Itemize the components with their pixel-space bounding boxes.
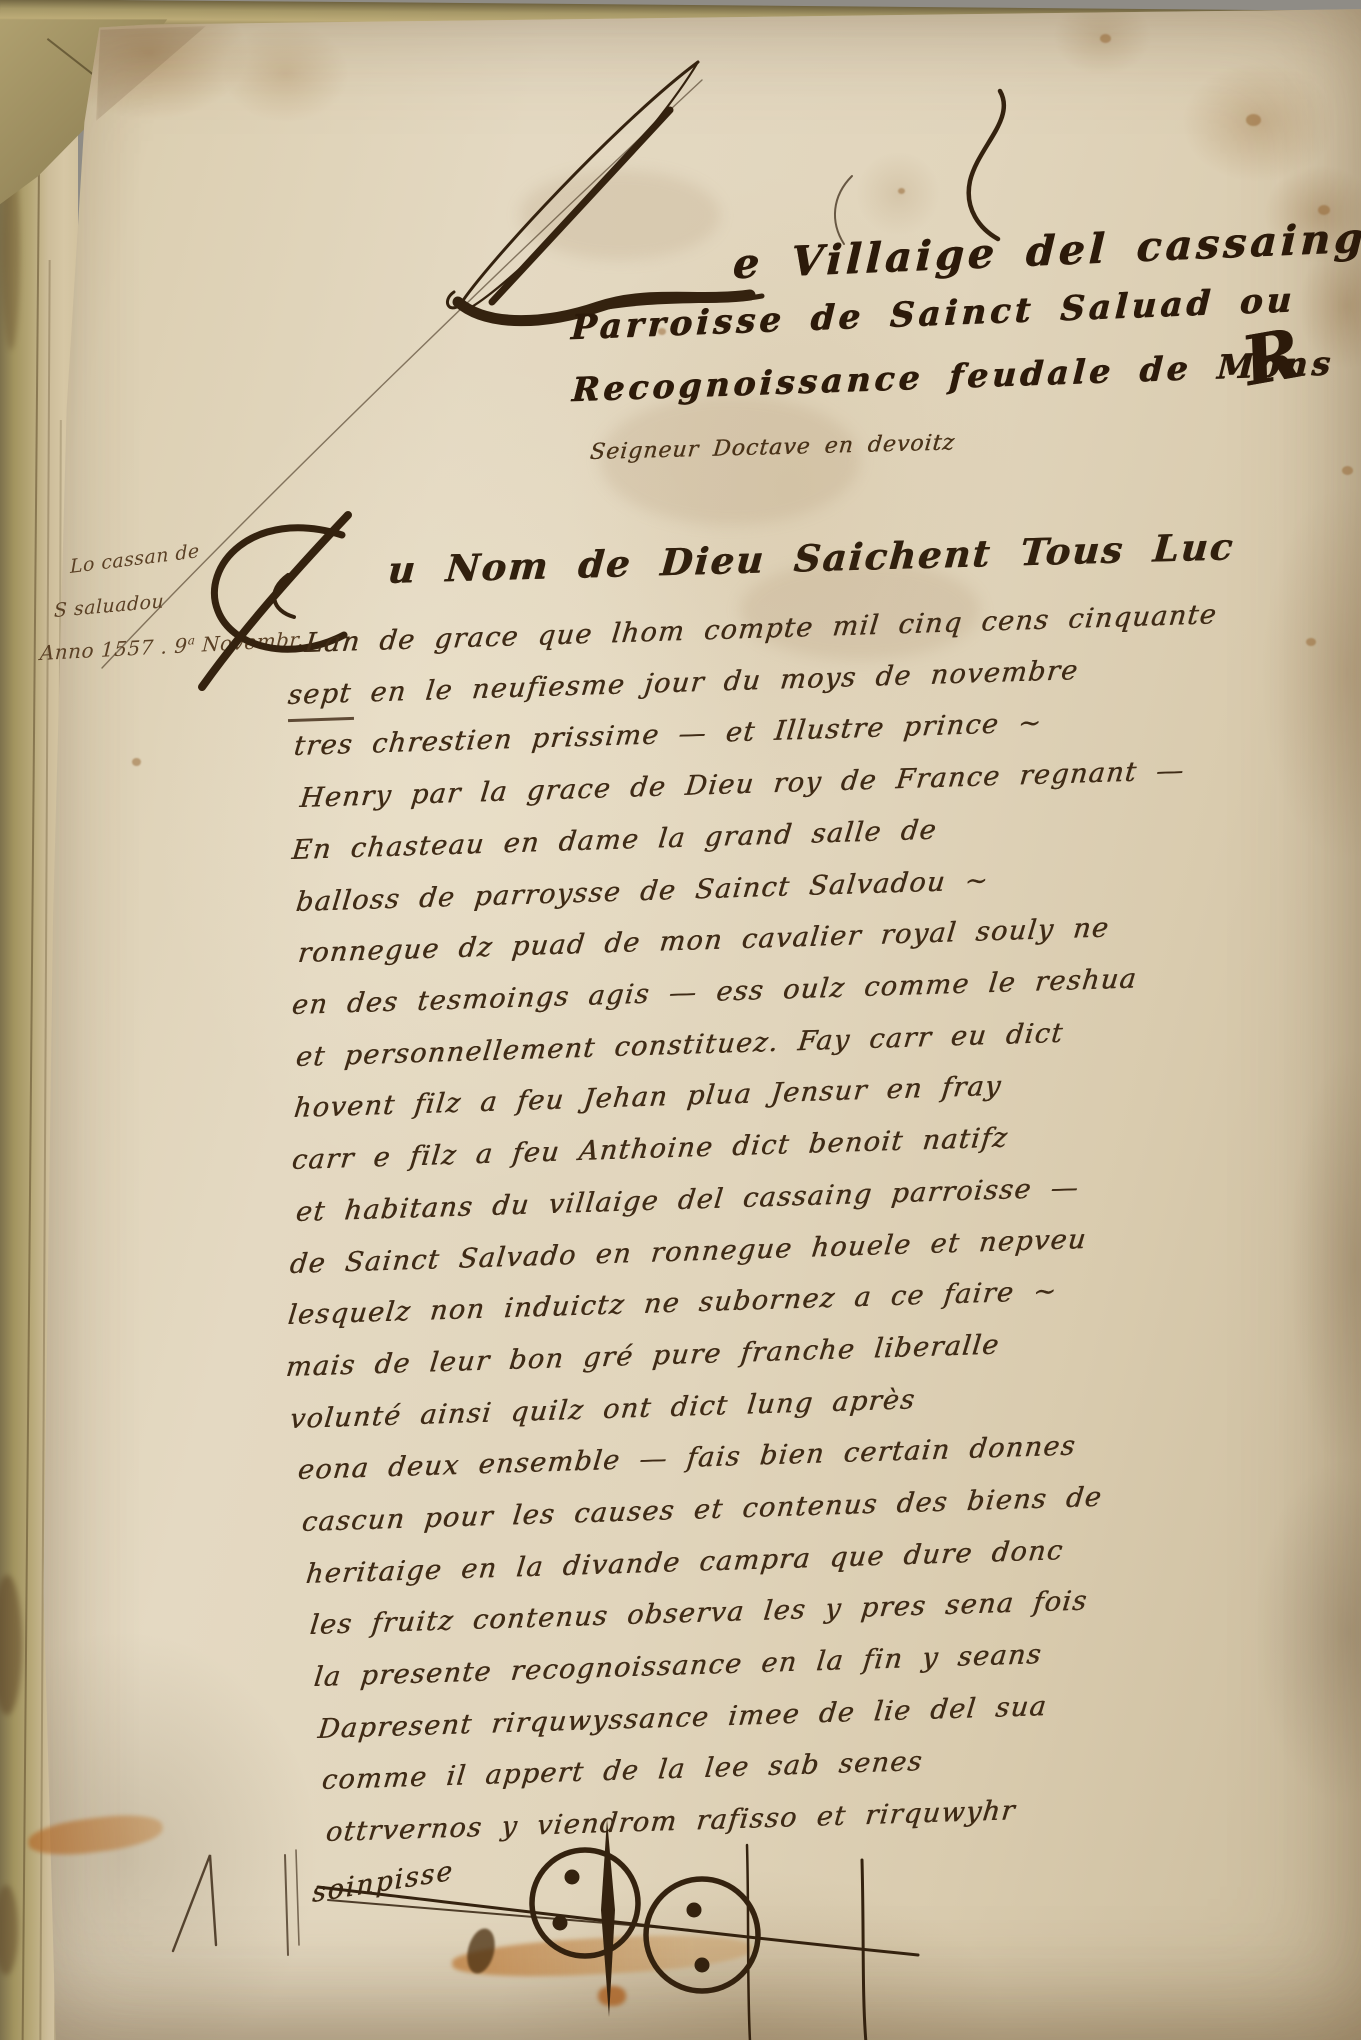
manuscript-photo: e Villaige del cassaing Parroisse de Sai… <box>0 0 1361 2040</box>
notary-sign-manual <box>270 1815 930 2040</box>
foxing-speck <box>1246 114 1261 126</box>
title-superscript-R: R <box>1242 313 1300 404</box>
foxing-speck <box>1342 466 1353 475</box>
foxing-speck <box>898 188 905 194</box>
caret-mark <box>148 1843 258 1958</box>
title-initial-L-flourish <box>430 50 770 340</box>
body-initial-flourish <box>192 505 357 695</box>
foxing-speck <box>132 758 141 766</box>
foxing-speck <box>1100 34 1111 43</box>
foxing-speck <box>1318 205 1330 215</box>
foxing-speck <box>1306 638 1316 646</box>
